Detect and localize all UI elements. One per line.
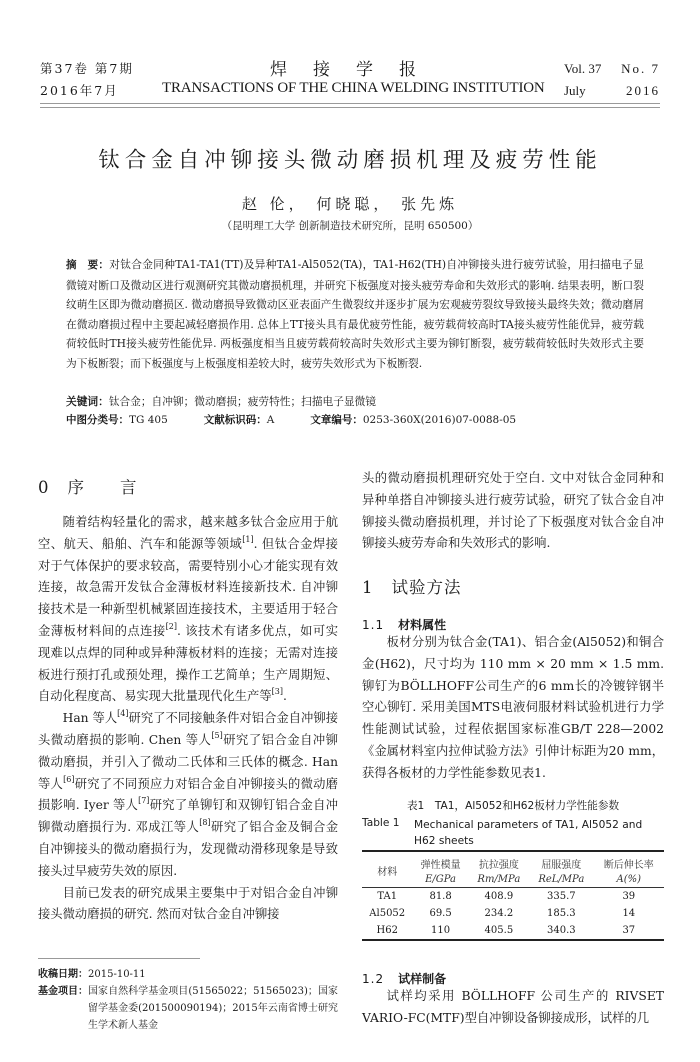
table-row: Al5052 69.5 234.2 185.3 14 xyxy=(362,905,664,922)
table-row: TA1 81.8 408.9 335.7 39 xyxy=(362,888,664,906)
table-header: 弹性模量E/GPa xyxy=(412,851,468,888)
table-1-caption: 表1 TA1，Al5052和H62板材力学性能参数 Table 1 Mechan… xyxy=(362,798,664,849)
abstract-text: 对钛合金同种TA1-TA1(TT)及异种TA1-Al5052(TA)，TA1-H… xyxy=(66,258,644,370)
received-label: 收稿日期： xyxy=(38,969,88,980)
table-caption-en: Mechanical parameters of TA1, Al5052 and… xyxy=(414,817,664,849)
citation[interactable]: [1] xyxy=(242,535,253,544)
clc-label: 中图分类号： xyxy=(66,414,129,426)
table-row: H62 110 405.5 340.3 37 xyxy=(362,922,664,940)
doc-code-value: A xyxy=(267,414,275,426)
running-header-right: Vol. 37No. 7 July2016 xyxy=(564,58,660,102)
header-divider xyxy=(40,103,660,108)
classification-line: 中图分类号：TG 405 文献标识码：A 文章编号：0253-360X(2016… xyxy=(66,411,644,430)
clc-value: TG 405 xyxy=(129,414,168,426)
journal-name-en: TRANSACTIONS OF THE CHINA WELDING INSTIT… xyxy=(162,80,545,97)
running-header-left: 第37卷 第7期 2016年7月 xyxy=(40,58,134,102)
abstract-label: 摘 要： xyxy=(66,259,109,271)
table-header: 抗拉强度Rm/MPa xyxy=(469,851,529,888)
article-no-value: 0253-360X(2016)07-0088-05 xyxy=(363,414,516,426)
received-date: 2015-10-11 xyxy=(88,969,146,980)
table-1: 材料 弹性模量E/GPa 抗拉强度Rm/MPa 屈服强度ReL/MPa 断后伸长… xyxy=(362,850,664,941)
abstract: 摘 要：对钛合金同种TA1-TA1(TT)及异种TA1-Al5052(TA)，T… xyxy=(66,255,644,374)
footnote-divider xyxy=(38,958,200,959)
table-header: 屈服强度ReL/MPa xyxy=(529,851,594,888)
citation[interactable]: [7] xyxy=(138,796,149,805)
article-title: 钛合金自冲铆接头微动磨损机理及疲劳性能 xyxy=(0,143,700,174)
table-caption-en-label: Table 1 xyxy=(362,817,414,849)
keywords-text: 钛合金；自冲铆；微动磨损；疲劳特性；扫描电子显微镜 xyxy=(109,395,376,408)
paragraph-intro-1: 随着结构轻量化的需求，越来越多钛合金应用于航空、航天、船舶、汽车和能源等领域[1… xyxy=(38,512,338,708)
fund-text: 国家自然科学基金项目(51565022；51565023)；国家留学基金委(20… xyxy=(88,983,338,1034)
volume-issue-cn: 第37卷 第7期 xyxy=(40,58,134,80)
footnote: 收稿日期：2015-10-11 基金项目：国家自然科学基金项目(51565022… xyxy=(38,966,338,1034)
table-header: 材料 xyxy=(362,851,412,888)
volume-en: Vol. 37 xyxy=(564,58,601,80)
citation[interactable]: [4] xyxy=(117,709,128,718)
section-1-heading: 1试验方法 xyxy=(362,574,462,598)
citation[interactable]: [8] xyxy=(199,818,210,827)
year-en: 2016 xyxy=(626,80,660,102)
keywords-label: 关键词： xyxy=(66,395,109,408)
subsection-1-2-heading: 1.2试样制备 xyxy=(362,970,446,987)
authors: 赵 伦， 何晓聪， 张先炼 xyxy=(0,193,700,214)
section-0-heading: 0序 言 xyxy=(38,474,138,498)
date-cn: 2016年7月 xyxy=(40,80,134,102)
subsection-1-1-heading: 1.1材料属性 xyxy=(362,616,446,633)
citation[interactable]: [3] xyxy=(272,687,283,696)
paragraph-intro-2: Han 等人[4]研究了不同接触条件对铝合金自冲铆接头微动磨损的影响. Chen… xyxy=(38,708,338,882)
paragraph-specimen: 试样均采用 BÖLLHOFF 公司生产的 RIVSET VARIO-FC(MTF… xyxy=(362,986,664,1030)
citation[interactable]: [5] xyxy=(211,731,222,740)
paragraph-intro-3: 目前已发表的研究成果主要集中于对铝合金自冲铆接头微动磨损的研究. 然而对钛合金自… xyxy=(38,883,338,927)
keywords: 关键词：钛合金；自冲铆；微动磨损；疲劳特性；扫描电子显微镜 xyxy=(66,392,644,411)
table-header: 断后伸长率A(%) xyxy=(594,851,664,888)
left-column-body: 随着结构轻量化的需求，越来越多钛合金应用于航空、航天、船舶、汽车和能源等领域[1… xyxy=(38,512,338,926)
month-en: July xyxy=(564,80,586,102)
doc-code-label: 文献标识码： xyxy=(204,414,267,426)
citation[interactable]: [2] xyxy=(166,622,177,631)
table-caption-cn: 表1 TA1，Al5052和H62板材力学性能参数 xyxy=(362,798,664,813)
fund-label: 基金项目： xyxy=(38,983,88,1034)
paragraph-materials: 板材分别为钛合金(TA1)、铝合金(Al5052)和铜合金(H62)，尺寸均为 … xyxy=(362,632,664,785)
right-column-intro-cont: 头的微动磨损机理研究处于空白. 文中对钛合金同种和异种单搭自冲铆接头进行疲劳试验… xyxy=(362,468,664,555)
number-en: No. 7 xyxy=(621,58,660,80)
citation[interactable]: [6] xyxy=(63,775,74,784)
journal-name-cn: 焊接学报 xyxy=(270,55,442,80)
affiliation: （昆明理工大学 创新制造技术研究所，昆明 650500） xyxy=(0,218,700,233)
article-no-label: 文章编号： xyxy=(310,414,363,426)
